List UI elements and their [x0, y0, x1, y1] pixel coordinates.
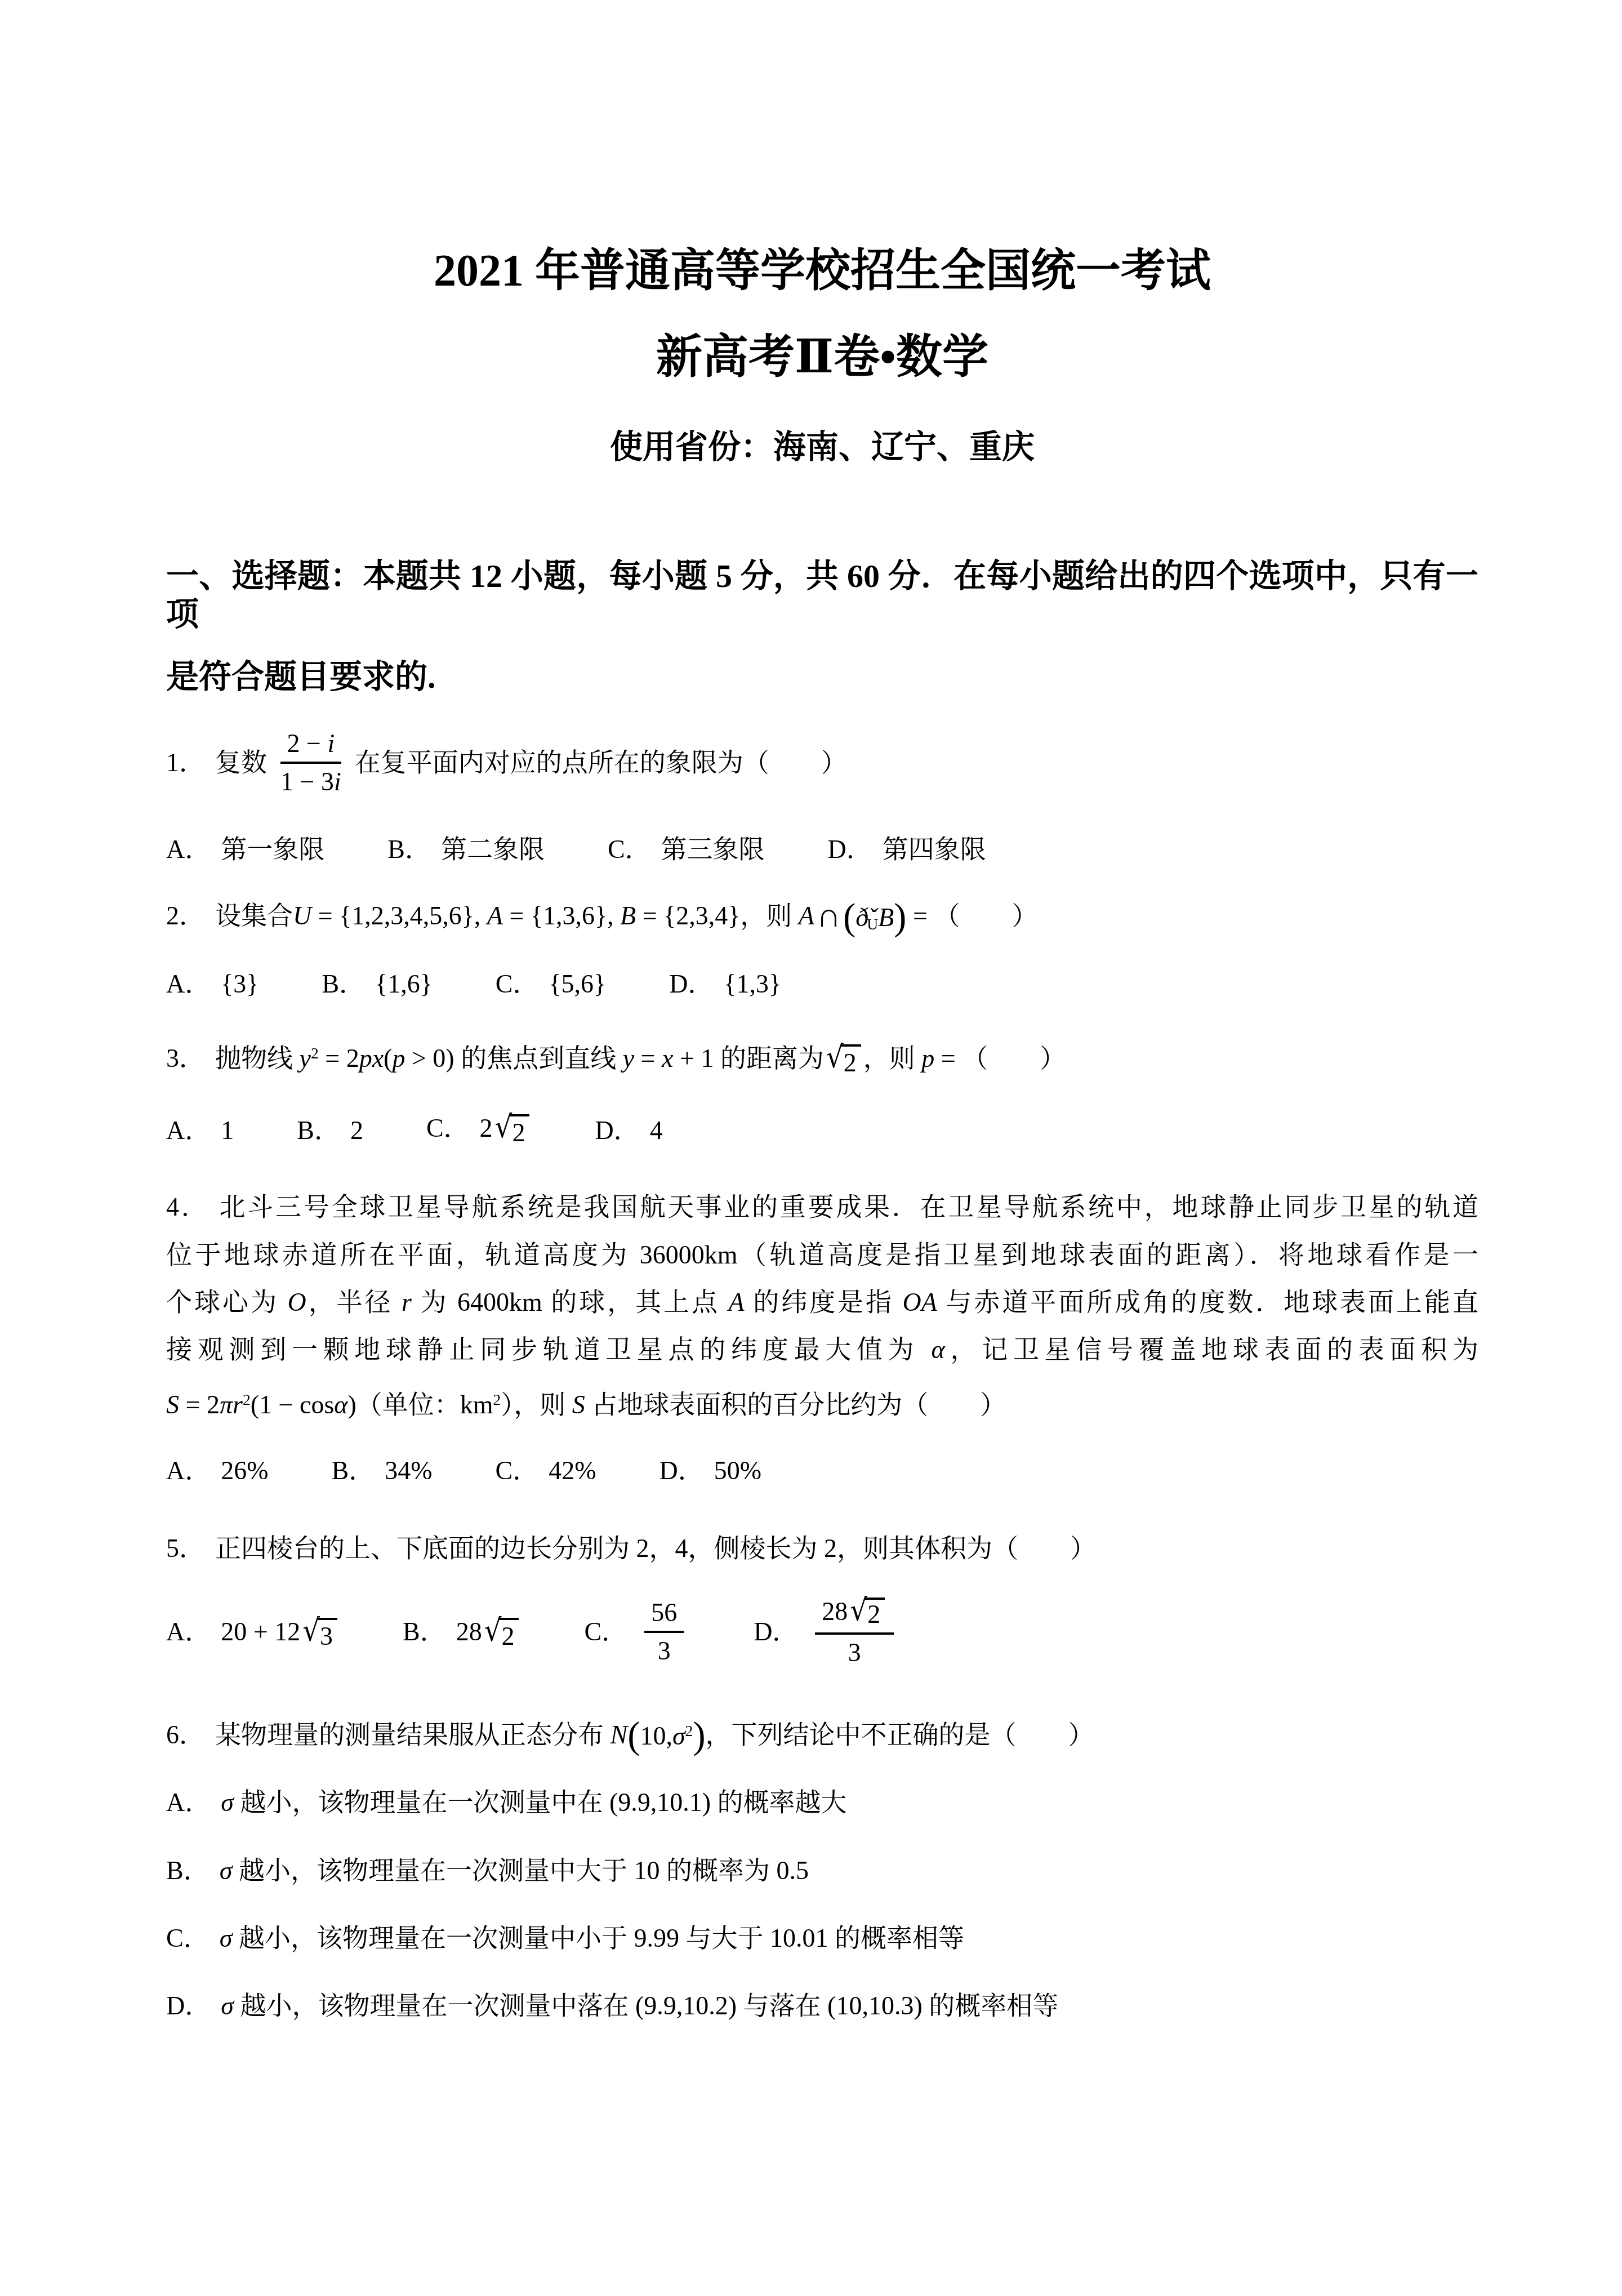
- question-2-option-C: C．{5,6}: [496, 969, 606, 999]
- question-4-options: A．26%B．34%C．42%D．50%: [166, 1456, 1478, 1486]
- text-run: ，下列结论中不正确的是（ ）: [706, 1720, 1094, 1749]
- text-run: (1 − cos: [251, 1390, 335, 1419]
- big-paren-group: (10,σ2): [627, 1721, 705, 1751]
- superscript: 2: [685, 1722, 693, 1739]
- question-3: 3．抛物线 y2 = 2px(p > 0) 的焦点到直线 y = x + 1 的…: [166, 1043, 1478, 1149]
- text-run: U: [867, 915, 878, 933]
- square-root: √2: [484, 1618, 519, 1652]
- question-1: 1．复数2 − i1 − 3i在复平面内对应的点所在的象限为（ ）A．第一象限B…: [166, 731, 1478, 865]
- math-variable: x: [662, 1044, 673, 1073]
- option-label: A．: [166, 1456, 211, 1485]
- option-label: A．: [166, 1788, 211, 1817]
- question-5-option-C: C．563: [584, 1600, 690, 1668]
- text-run: = {1,3,6},: [503, 901, 620, 930]
- superscript: 2: [311, 1044, 319, 1062]
- text-run: 接观测到一颗地球静止同步轨道卫星点的纬度最大值为: [166, 1335, 932, 1364]
- section-heading-line2: 是符合题目要求的.: [166, 658, 1478, 696]
- text-run: 10,: [640, 1721, 672, 1750]
- text-run: > 0) 的焦点到直线: [405, 1044, 622, 1073]
- option-label: D．: [660, 1456, 704, 1485]
- text-run: 第四象限: [883, 835, 986, 864]
- text-run: 2: [844, 1048, 857, 1077]
- text-run: 的纬度是指: [745, 1288, 903, 1316]
- text-run: 北斗三号全球卫星导航系统是我国航天事业的重要成果．在卫星导航系统中，地球静止同步…: [220, 1193, 1478, 1221]
- question-6-option-C: C．σ 越小，该物理量在一次测量中小于 9.99 与大于 10.01 的概率相等: [166, 1923, 1478, 1954]
- question-6-option-B: B．σ 越小，该物理量在一次测量中大于 10 的概率为 0.5: [166, 1856, 1478, 1886]
- paren-content: ð̌UB: [855, 902, 894, 933]
- radical-sign: √: [484, 1616, 502, 1647]
- radicand: 2: [510, 1114, 529, 1148]
- question-3-option-A: A．1: [166, 1115, 234, 1146]
- text-run: + 1 的距离为: [673, 1044, 823, 1073]
- question-5-option-D: D．28√23: [754, 1599, 901, 1670]
- option-label: B．: [166, 1856, 210, 1885]
- text-run: 20 + 12: [221, 1617, 300, 1646]
- question-4: 4．北斗三号全球卫星导航系统是我国航天事业的重要成果．在卫星导航系统中，地球静止…: [166, 1192, 1478, 1486]
- radical-sign: √: [826, 1042, 844, 1073]
- text-run: 2: [685, 1722, 693, 1739]
- question-4-option-A: A．26%: [166, 1456, 269, 1486]
- option-label: C．: [584, 1617, 627, 1646]
- square-root: √2: [495, 1114, 530, 1148]
- option-label: B．: [332, 1456, 375, 1485]
- text-run: 正四棱台的上、下底面的边长分别为 2，4，侧棱长为 2，则其体积为（ ）: [215, 1534, 1096, 1563]
- text-run: = 2: [319, 1044, 359, 1073]
- option-label: D．: [828, 835, 872, 864]
- question-1-options: A．第一象限B．第二象限C．第三象限D．第四象限: [166, 834, 1478, 865]
- text-run: 2 −: [287, 729, 328, 758]
- option-label: C．: [608, 835, 651, 864]
- option-label: A．: [166, 1116, 211, 1145]
- text-run: 26%: [221, 1456, 268, 1485]
- math-variable: N: [611, 1720, 628, 1749]
- text-run: =: [634, 1044, 662, 1073]
- question-3-option-C: C．2√2: [426, 1113, 532, 1148]
- math-variable: σ: [221, 1788, 234, 1817]
- text-run: {3}: [221, 969, 259, 998]
- square-root: √2: [826, 1044, 861, 1078]
- text-run: 2: [480, 1114, 493, 1142]
- question-3-line-1: 3．抛物线 y2 = 2px(p > 0) 的焦点到直线 y = x + 1 的…: [166, 1043, 1478, 1078]
- text-run: = 2: [179, 1390, 220, 1419]
- math-variable: OA: [903, 1288, 937, 1316]
- question-1-option-D: D．第四象限: [828, 834, 986, 865]
- radical-sign: √: [302, 1616, 320, 1647]
- text-run: 个球心为: [166, 1288, 287, 1316]
- question-4-line-2: 位于地球赤道所在平面，轨道高度为 36000km（轨道高度是指卫星到地球表面的距…: [166, 1240, 1478, 1270]
- question-1-option-A: A．第一象限: [166, 834, 324, 865]
- radicand: 3: [318, 1618, 337, 1652]
- text-run: 1 − 3: [280, 767, 334, 796]
- fraction-numerator: 56: [644, 1598, 684, 1633]
- question-6-options: A．σ 越小，该物理量在一次测量中在 (9.9,10.1) 的概率越大B．σ 越…: [166, 1787, 1478, 2021]
- math-variable: A: [729, 1288, 745, 1316]
- fraction-denominator: 3: [651, 1633, 678, 1666]
- math-variable: y: [623, 1044, 634, 1073]
- section-heading: 一、选择题：本题共 12 小题，每小题 5 分，共 60 分．在每小题给出的四个…: [166, 557, 1478, 696]
- question-5: 5．正四棱台的上、下底面的边长分别为 2，4，侧棱长为 2，则其体积为（ ）A．…: [166, 1533, 1478, 1670]
- question-2-line-1: 2．设集合U = {1,2,3,4,5,6}, A = {1,3,6}, B =…: [166, 901, 1478, 934]
- text-run: 越小，该物理量在一次测量中落在 (9.9,10.2) 与落在 (10,10.3)…: [234, 1991, 1058, 2020]
- text-run: 设集合: [215, 901, 293, 930]
- text-run: (: [384, 1044, 392, 1073]
- question-6-option-D: D．σ 越小，该物理量在一次测量中落在 (9.9,10.2) 与落在 (10,1…: [166, 1991, 1478, 2021]
- exam-header: 2021 年普通高等学校招生全国统一考试 新高考Ⅱ卷•数学 使用省份：海南、辽宁…: [166, 245, 1478, 467]
- radicand: 2: [865, 1598, 885, 1628]
- exam-document-page: 2021 年普通高等学校招生全国统一考试 新高考Ⅱ卷•数学 使用省份：海南、辽宁…: [0, 0, 1622, 2296]
- text-run: 28: [456, 1617, 482, 1646]
- math-variable: U: [293, 901, 311, 930]
- option-label: C．: [166, 1924, 210, 1952]
- math-variable: σ: [220, 1856, 233, 1885]
- question-number: 4．: [166, 1193, 210, 1221]
- subscript: U: [867, 915, 878, 933]
- question-5-option-A: A．20 + 12√3: [166, 1617, 340, 1652]
- page-content: 2021 年普通高等学校招生全国统一考试 新高考Ⅱ卷•数学 使用省份：海南、辽宁…: [166, 0, 1478, 2022]
- math-variable: y: [300, 1044, 311, 1073]
- math-variable: σ: [672, 1721, 685, 1750]
- superscript: 2: [243, 1391, 251, 1408]
- text-run: ，记卫星信号覆盖地球表面的表面积为: [945, 1335, 1478, 1364]
- question-4-option-B: B．34%: [332, 1456, 433, 1486]
- option-label: C．: [496, 969, 539, 998]
- question-2-option-A: A．{3}: [166, 969, 259, 999]
- text-run: 占地球表面积的百分比约为（ ）: [585, 1390, 1006, 1419]
- question-number: 3．: [166, 1044, 205, 1073]
- question-2-options: A．{3}B．{1,6}C．{5,6}D．{1,3}: [166, 969, 1478, 999]
- math-variable: σ: [220, 1924, 233, 1952]
- superscript: 2: [493, 1391, 501, 1408]
- exam-provinces: 使用省份：海南、辽宁、重庆: [166, 428, 1478, 467]
- exam-paper-name: 新高考Ⅱ卷•数学: [166, 331, 1478, 384]
- text-run: = {1,2,3,4,5,6},: [311, 901, 487, 930]
- text-run: 2: [867, 1600, 880, 1628]
- text-run: 2: [243, 1391, 251, 1408]
- fraction-numerator: 28√2: [815, 1596, 894, 1635]
- question-1-option-C: C．第三象限: [608, 834, 765, 865]
- math-variable: r: [402, 1288, 412, 1316]
- text-run: 1: [221, 1116, 234, 1145]
- text-run: 4: [650, 1116, 663, 1145]
- text-run: {5,6}: [549, 969, 606, 998]
- question-4-line-4: 接观测到一颗地球静止同步轨道卫星点的纬度最大值为 α，记卫星信号覆盖地球表面的表…: [166, 1334, 1478, 1365]
- option-label: D．: [595, 1116, 639, 1145]
- intersection-operator: ∩: [817, 897, 841, 934]
- text-run: 在复平面内对应的点所在的象限为（ ）: [355, 748, 847, 777]
- question-4-option-D: D．50%: [660, 1456, 762, 1486]
- square-root: √2: [850, 1598, 885, 1628]
- text-run: ，半径: [306, 1288, 402, 1316]
- big-paren-group: (ð̌UB): [843, 902, 906, 933]
- option-label: D．: [166, 1991, 211, 2020]
- math-variable: i: [334, 767, 341, 796]
- text-run: 34%: [385, 1456, 432, 1485]
- text-run: {1,6}: [375, 969, 433, 998]
- math-variable: p: [921, 1044, 934, 1073]
- option-label: B．: [403, 1617, 446, 1646]
- question-1-line-1: 1．复数2 − i1 − 3i在复平面内对应的点所在的象限为（ ）: [166, 731, 1478, 799]
- question-2: 2．设集合U = {1,2,3,4,5,6}, A = {1,3,6}, B =…: [166, 901, 1478, 999]
- option-label: C．: [426, 1114, 470, 1142]
- question-2-option-B: B．{1,6}: [322, 969, 432, 999]
- question-4-line-5: S = 2πr2(1 − cosα)（单位：km2），则 S 占地球表面积的百分…: [166, 1390, 1478, 1420]
- radicand: 2: [499, 1618, 519, 1652]
- math-variable: α: [334, 1390, 347, 1419]
- section-heading-line1: 一、选择题：本题共 12 小题，每小题 5 分，共 60 分．在每小题给出的四个…: [166, 557, 1478, 634]
- question-3-option-B: B．2: [297, 1115, 363, 1146]
- option-label: C．: [496, 1456, 539, 1485]
- question-6-line-1: 6．某物理量的测量结果服从正态分布 N(10,σ2)，下列结论中不正确的是（ ）: [166, 1720, 1478, 1753]
- question-4-line-1: 4．北斗三号全球卫星导航系统是我国航天事业的重要成果．在卫星导航系统中，地球静止…: [166, 1192, 1478, 1222]
- text-run: ，则: [863, 1044, 922, 1073]
- math-variable: A: [487, 901, 503, 930]
- text-run: 某物理量的测量结果服从正态分布: [215, 1720, 611, 1749]
- text-run: )（单位：km: [347, 1390, 493, 1419]
- math-variable: S: [166, 1390, 179, 1419]
- option-label: A．: [166, 835, 211, 864]
- option-label: A．: [166, 1617, 211, 1646]
- fraction-numerator: 2 − i: [280, 729, 342, 764]
- question-list: 1．复数2 − i1 − 3i在复平面内对应的点所在的象限为（ ）A．第一象限B…: [166, 731, 1478, 2021]
- text-run: 位于地球赤道所在平面，轨道高度为 36000km（轨道高度是指卫星到地球表面的距…: [166, 1240, 1478, 1269]
- fraction: 2 − i1 − 3i: [274, 729, 348, 797]
- question-number: 6．: [166, 1720, 205, 1749]
- math-variable: σ: [221, 1991, 234, 2020]
- text-run: 第一象限: [221, 835, 324, 864]
- math-variable: πr: [220, 1390, 243, 1419]
- question-number: 1．: [166, 748, 205, 777]
- math-variable: px: [359, 1044, 384, 1073]
- exam-title: 2021 年普通高等学校招生全国统一考试: [166, 245, 1478, 297]
- option-label: B．: [322, 969, 365, 998]
- option-label: B．: [387, 835, 431, 864]
- option-label: D．: [754, 1617, 798, 1646]
- fraction: 28√23: [815, 1596, 894, 1668]
- text-run: 2: [512, 1118, 525, 1147]
- option-label: B．: [297, 1116, 340, 1145]
- question-2-option-D: D．{1,3}: [669, 969, 781, 999]
- square-root: √3: [302, 1618, 337, 1652]
- text-run: 56: [651, 1598, 677, 1627]
- text-run: 3: [658, 1636, 671, 1665]
- text-run: 42%: [549, 1456, 596, 1485]
- math-variable: O: [287, 1288, 306, 1316]
- math-variable: A: [799, 901, 814, 930]
- math-variable: α: [932, 1335, 945, 1364]
- text-run: = （ ）: [934, 1044, 1066, 1073]
- text-run: 抛物线: [215, 1044, 300, 1073]
- text-run: 2: [350, 1116, 363, 1145]
- text-run: 3: [320, 1622, 333, 1650]
- text-run: {1,3}: [724, 969, 781, 998]
- paren-content: 10,σ2: [640, 1721, 693, 1751]
- text-run: ），则: [501, 1390, 572, 1419]
- text-run: 复数: [215, 748, 267, 777]
- text-run: 越小，该物理量在一次测量中大于 10 的概率为 0.5: [232, 1856, 809, 1885]
- question-3-option-D: D．4: [595, 1115, 662, 1146]
- text-run: 50%: [714, 1456, 761, 1485]
- question-number: 5．: [166, 1534, 205, 1563]
- text-run: 第三象限: [661, 835, 765, 864]
- question-4-line-3: 个球心为 O，半径 r 为 6400km 的球，其上点 A 的纬度是指 OA 与…: [166, 1287, 1478, 1318]
- math-variable: B: [620, 901, 636, 930]
- question-3-options: A．1B．2C．2√2D．4: [166, 1113, 1478, 1148]
- text-run: 28: [822, 1597, 848, 1626]
- text-run: 2: [501, 1622, 514, 1650]
- text-run: 3: [848, 1638, 861, 1667]
- radicand: 2: [841, 1044, 861, 1078]
- text-run: 第二象限: [441, 835, 545, 864]
- text-run: 2: [311, 1044, 319, 1062]
- text-run: 越小，该物理量在一次测量中小于 9.99 与大于 10.01 的概率相等: [232, 1924, 964, 1952]
- radical-sign: √: [495, 1113, 513, 1143]
- option-label: A．: [166, 969, 211, 998]
- fraction-denominator: 3: [841, 1635, 868, 1667]
- question-4-option-C: C．42%: [496, 1456, 596, 1486]
- question-1-option-B: B．第二象限: [387, 834, 545, 865]
- text-run: 为 6400km 的球，其上点: [412, 1288, 729, 1316]
- math-variable: i: [327, 729, 335, 758]
- fraction: 563: [644, 1598, 684, 1666]
- math-variable: B: [878, 903, 894, 932]
- text-run: = （ ）: [907, 901, 1038, 930]
- question-number: 2．: [166, 901, 205, 930]
- radical-sign: √: [850, 1595, 867, 1626]
- math-variable: p: [392, 1044, 405, 1073]
- question-5-options: A．20 + 12√3B．28√2C．563D．28√23: [166, 1599, 1478, 1670]
- text-run: = {2,3,4}，则: [636, 901, 799, 930]
- text-run: 越小，该物理量在一次测量中在 (9.9,10.1) 的概率越大: [234, 1788, 847, 1817]
- question-5-option-B: B．28√2: [403, 1617, 521, 1652]
- option-label: D．: [669, 969, 714, 998]
- question-6-option-A: A．σ 越小，该物理量在一次测量中在 (9.9,10.1) 的概率越大: [166, 1787, 1478, 1818]
- question-5-line-1: 5．正四棱台的上、下底面的边长分别为 2，4，侧棱长为 2，则其体积为（ ）: [166, 1533, 1478, 1564]
- question-6: 6．某物理量的测量结果服从正态分布 N(10,σ2)，下列结论中不正确的是（ ）…: [166, 1720, 1478, 2022]
- text-run: 与赤道平面所成角的度数．地球表面上能直: [937, 1288, 1478, 1316]
- text-run: 2: [493, 1391, 501, 1408]
- math-variable: S: [572, 1390, 585, 1419]
- fraction-denominator: 1 − 3i: [274, 764, 348, 797]
